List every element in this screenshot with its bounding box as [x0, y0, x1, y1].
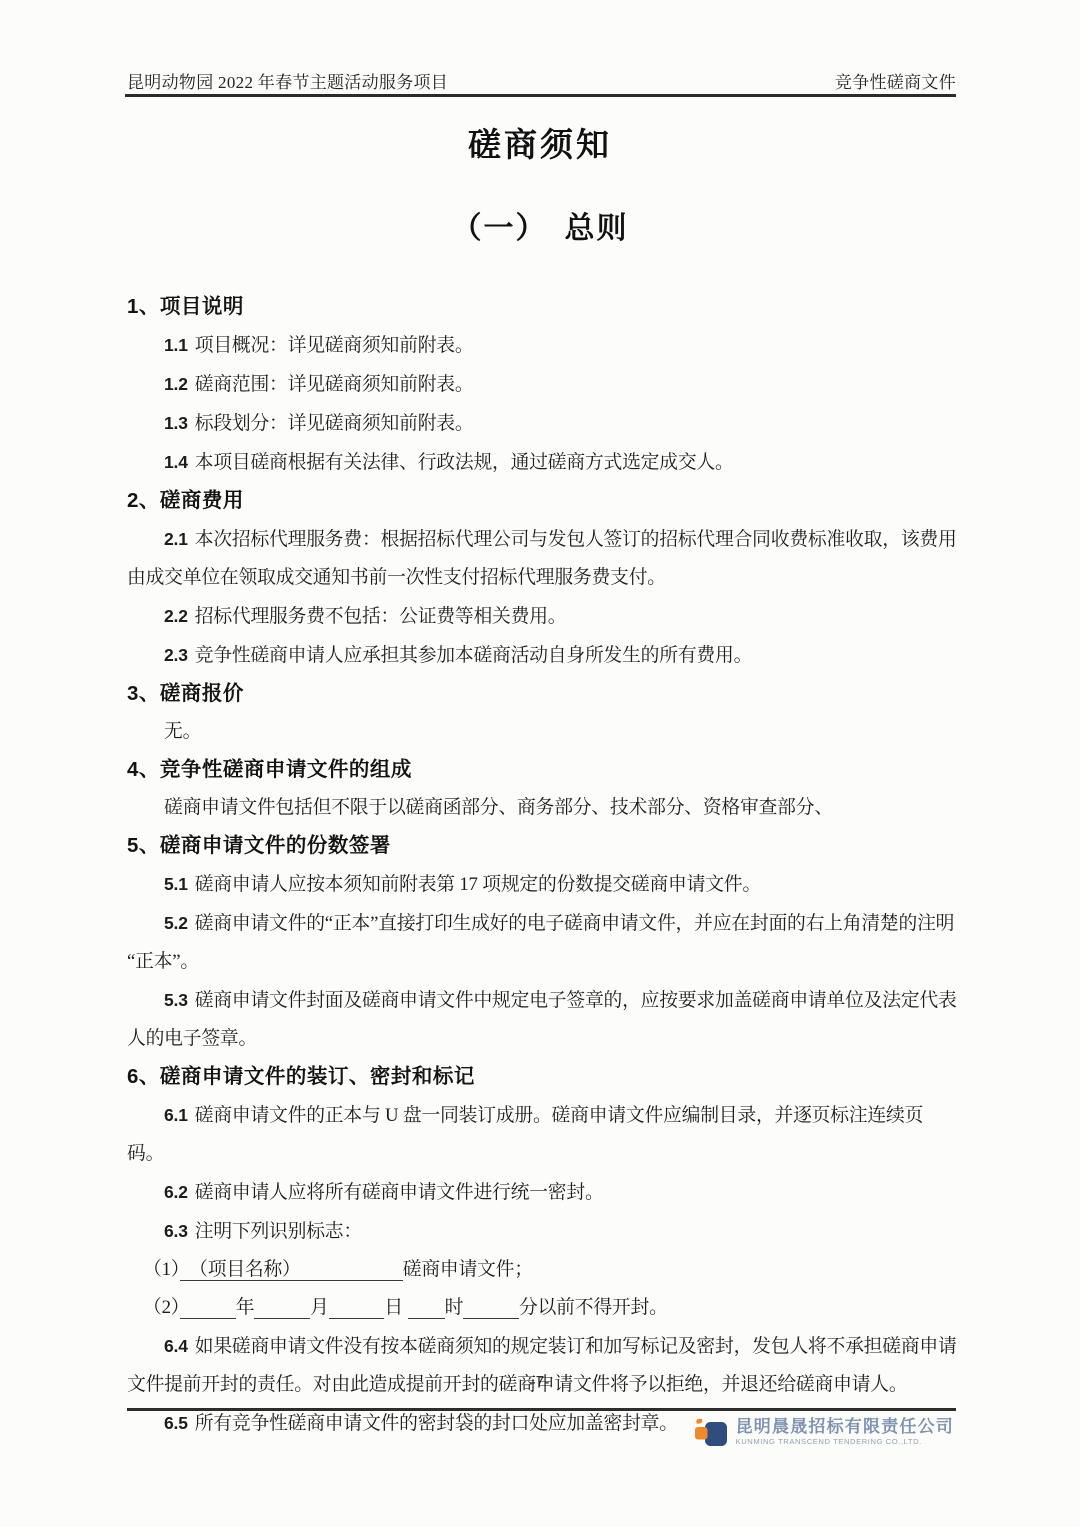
blank-underline: （项目名称） — [180, 1259, 403, 1281]
clause-number: 6.5 — [164, 1413, 188, 1433]
clause-1-3: 1.3标段划分：详见磋商须知前附表。 — [127, 404, 959, 443]
company-logo-text: 昆明晨晟招标有限责任公司 KUNMING TRANSCEND TENDERING… — [736, 1417, 954, 1447]
section-heading-5: 5、磋商申请文件的份数签署 — [127, 827, 959, 865]
section-heading-6: 6、磋商申请文件的装订、密封和标记 — [127, 1058, 959, 1096]
clause-number: 5.3 — [164, 990, 188, 1010]
section-heading-4: 4、竞争性磋商申请文件的组成 — [127, 751, 959, 789]
header-project-title: 昆明动物园 2022 年春节主题活动服务项目 — [127, 68, 448, 93]
clause-text: 磋商申请人应按本须知前附表第 17 项规定的份数提交磋商申请文件。 — [195, 874, 761, 895]
page-title: 磋商须知 — [0, 119, 1080, 166]
clause-1-2: 1.2磋商范围：详见磋商须知前附表。 — [127, 365, 959, 404]
page-header: 昆明动物园 2022 年春节主题活动服务项目 竞争性磋商文件 — [127, 68, 956, 93]
clause-text: 磋商申请人应将所有磋商申请文件进行统一密封。 — [195, 1182, 604, 1203]
clause-text: 磋商范围：详见磋商须知前附表。 — [195, 374, 474, 395]
clause-text: 招标代理服务费不包括：公证费等相关费用。 — [195, 606, 567, 627]
clause-2-1: 2.1本次招标代理服务费：根据招标代理公司与发包人签订的招标代理合同收费标准收取… — [127, 520, 959, 597]
clause-text: 标段划分：详见磋商须知前附表。 — [195, 413, 474, 434]
clause-text: 磋商申请文件的“正本”直接打印生成好的电子磋商申请文件，并应在封面的右上角清楚的… — [127, 913, 954, 972]
clause-text: 本次招标代理服务费：根据招标代理公司与发包人签订的招标代理合同收费标准收取，该费… — [127, 529, 957, 588]
clause-number: 1.4 — [164, 452, 188, 472]
clause-text: 磋商申请文件的正本与 U 盘一同装订成册。磋商申请文件应编制目录，并逐页标注连续… — [127, 1105, 923, 1164]
clause-number: 6.3 — [164, 1221, 188, 1241]
form-text: 分以前不得开封。 — [519, 1297, 668, 1318]
clause-text: 项目概况：详见磋商须知前附表。 — [195, 335, 474, 356]
company-logo: 昆明晨晟招标有限责任公司 KUNMING TRANSCEND TENDERING… — [693, 1417, 954, 1449]
clause-5-2: 5.2磋商申请文件的“正本”直接打印生成好的电子磋商申请文件，并应在封面的右上角… — [127, 904, 959, 981]
clause-number: 6.4 — [164, 1336, 188, 1356]
clause-text: 所有竞争性磋商申请文件的密封袋的封口处应加盖密封章。 — [195, 1413, 678, 1434]
clause-6-4: 6.4如果磋商申请文件没有按本磋商须知的规定装订和加写标记及密封，发包人将不承担… — [127, 1327, 959, 1404]
clause-1-1: 1.1项目概况：详见磋商须知前附表。 — [127, 326, 959, 365]
blank-underline — [408, 1297, 445, 1319]
document-page: 昆明动物园 2022 年春节主题活动服务项目 竞争性磋商文件 磋商须知 （一） … — [0, 0, 1080, 1527]
clause-4-composition: 磋商申请文件包括但不限于以磋商函部分、商务部分、技术部分、资格审查部分、 — [127, 789, 959, 827]
clause-text: 竞争性磋商申请人应承担其参加本磋商活动自身所发生的所有费用。 — [195, 645, 752, 666]
clause-text: 无。 — [164, 721, 201, 742]
clause-3-none: 无。 — [127, 713, 959, 751]
clause-number: 6.2 — [164, 1182, 188, 1202]
clause-1-4: 1.4本项目磋商根据有关法律、行政法规，通过磋商方式选定成交人。 — [127, 443, 959, 482]
footer-rule — [127, 1408, 956, 1411]
blank-underline — [463, 1297, 519, 1319]
clause-number: 1.1 — [164, 335, 188, 355]
clause-6-3: 6.3注明下列识别标志： — [127, 1212, 959, 1251]
clause-number: 1.3 — [164, 413, 188, 433]
clause-5-3: 5.3磋商申请文件封面及磋商申请文件中规定电子签章的，应按要求加盖磋商申请单位及… — [127, 981, 959, 1058]
clause-number: 1.2 — [164, 374, 188, 394]
chapter-title: （一） 总则 — [0, 203, 1080, 247]
clause-5-1: 5.1磋商申请人应按本须知前附表第 17 项规定的份数提交磋商申请文件。 — [127, 865, 959, 904]
clause-number: 2.2 — [164, 606, 188, 626]
form-text: 时 — [445, 1297, 464, 1318]
clause-number: 2.1 — [164, 529, 188, 549]
form-text: 月 — [310, 1297, 329, 1318]
company-name-cn: 昆明晨晟招标有限责任公司 — [736, 1417, 954, 1436]
clause-6-2: 6.2磋商申请人应将所有磋商申请文件进行统一密封。 — [127, 1173, 959, 1212]
form-text: （2） — [143, 1297, 180, 1318]
clause-6-1: 6.1磋商申请文件的正本与 U 盘一同装订成册。磋商申请文件应编制目录，并逐页标… — [127, 1096, 959, 1173]
form-text: 年 — [236, 1297, 255, 1318]
form-text — [403, 1297, 408, 1318]
clause-number: 6.1 — [164, 1105, 188, 1125]
clause-text: 注明下列识别标志： — [195, 1221, 362, 1242]
clause-number: 2.3 — [164, 645, 188, 665]
form-text: 日 — [384, 1297, 403, 1318]
section-heading-3: 3、磋商报价 — [127, 675, 959, 713]
clause-2-3: 2.3竞争性磋商申请人应承担其参加本磋商活动自身所发生的所有费用。 — [127, 636, 959, 675]
blank-underline — [329, 1297, 385, 1319]
clause-text: 磋商申请文件包括但不限于以磋商函部分、商务部分、技术部分、资格审查部分、 — [164, 797, 833, 818]
clause-number: 5.2 — [164, 913, 188, 933]
clause-number: 5.1 — [164, 874, 188, 894]
form-text: 磋商申请文件； — [403, 1259, 533, 1280]
company-name-en: KUNMING TRANSCEND TENDERING CO.,LTD. — [736, 1437, 954, 1447]
company-logo-mark-icon — [693, 1417, 727, 1449]
blank-underline — [180, 1297, 236, 1319]
seal-mark-line-1: （1） （项目名称） 磋商申请文件； — [127, 1251, 959, 1289]
form-text: （1） — [143, 1259, 180, 1280]
header-rule — [125, 94, 956, 97]
clause-text: 磋商申请文件封面及磋商申请文件中规定电子签章的，应按要求加盖磋商申请单位及法定代… — [127, 990, 957, 1049]
header-doc-type: 竞争性磋商文件 — [835, 68, 956, 93]
page-number: -7- — [0, 1374, 1080, 1392]
document-body: 1、项目说明 1.1项目概况：详见磋商须知前附表。 1.2磋商范围：详见磋商须知… — [127, 288, 959, 1443]
clause-2-2: 2.2招标代理服务费不包括：公证费等相关费用。 — [127, 597, 959, 636]
seal-mark-line-2: （2） 年 月 日 时 分以前不得开封。 — [127, 1289, 959, 1327]
section-heading-2: 2、磋商费用 — [127, 482, 959, 520]
blank-underline — [254, 1297, 310, 1319]
clause-text: 本项目磋商根据有关法律、行政法规，通过磋商方式选定成交人。 — [195, 452, 734, 473]
section-heading-1: 1、项目说明 — [127, 288, 959, 326]
